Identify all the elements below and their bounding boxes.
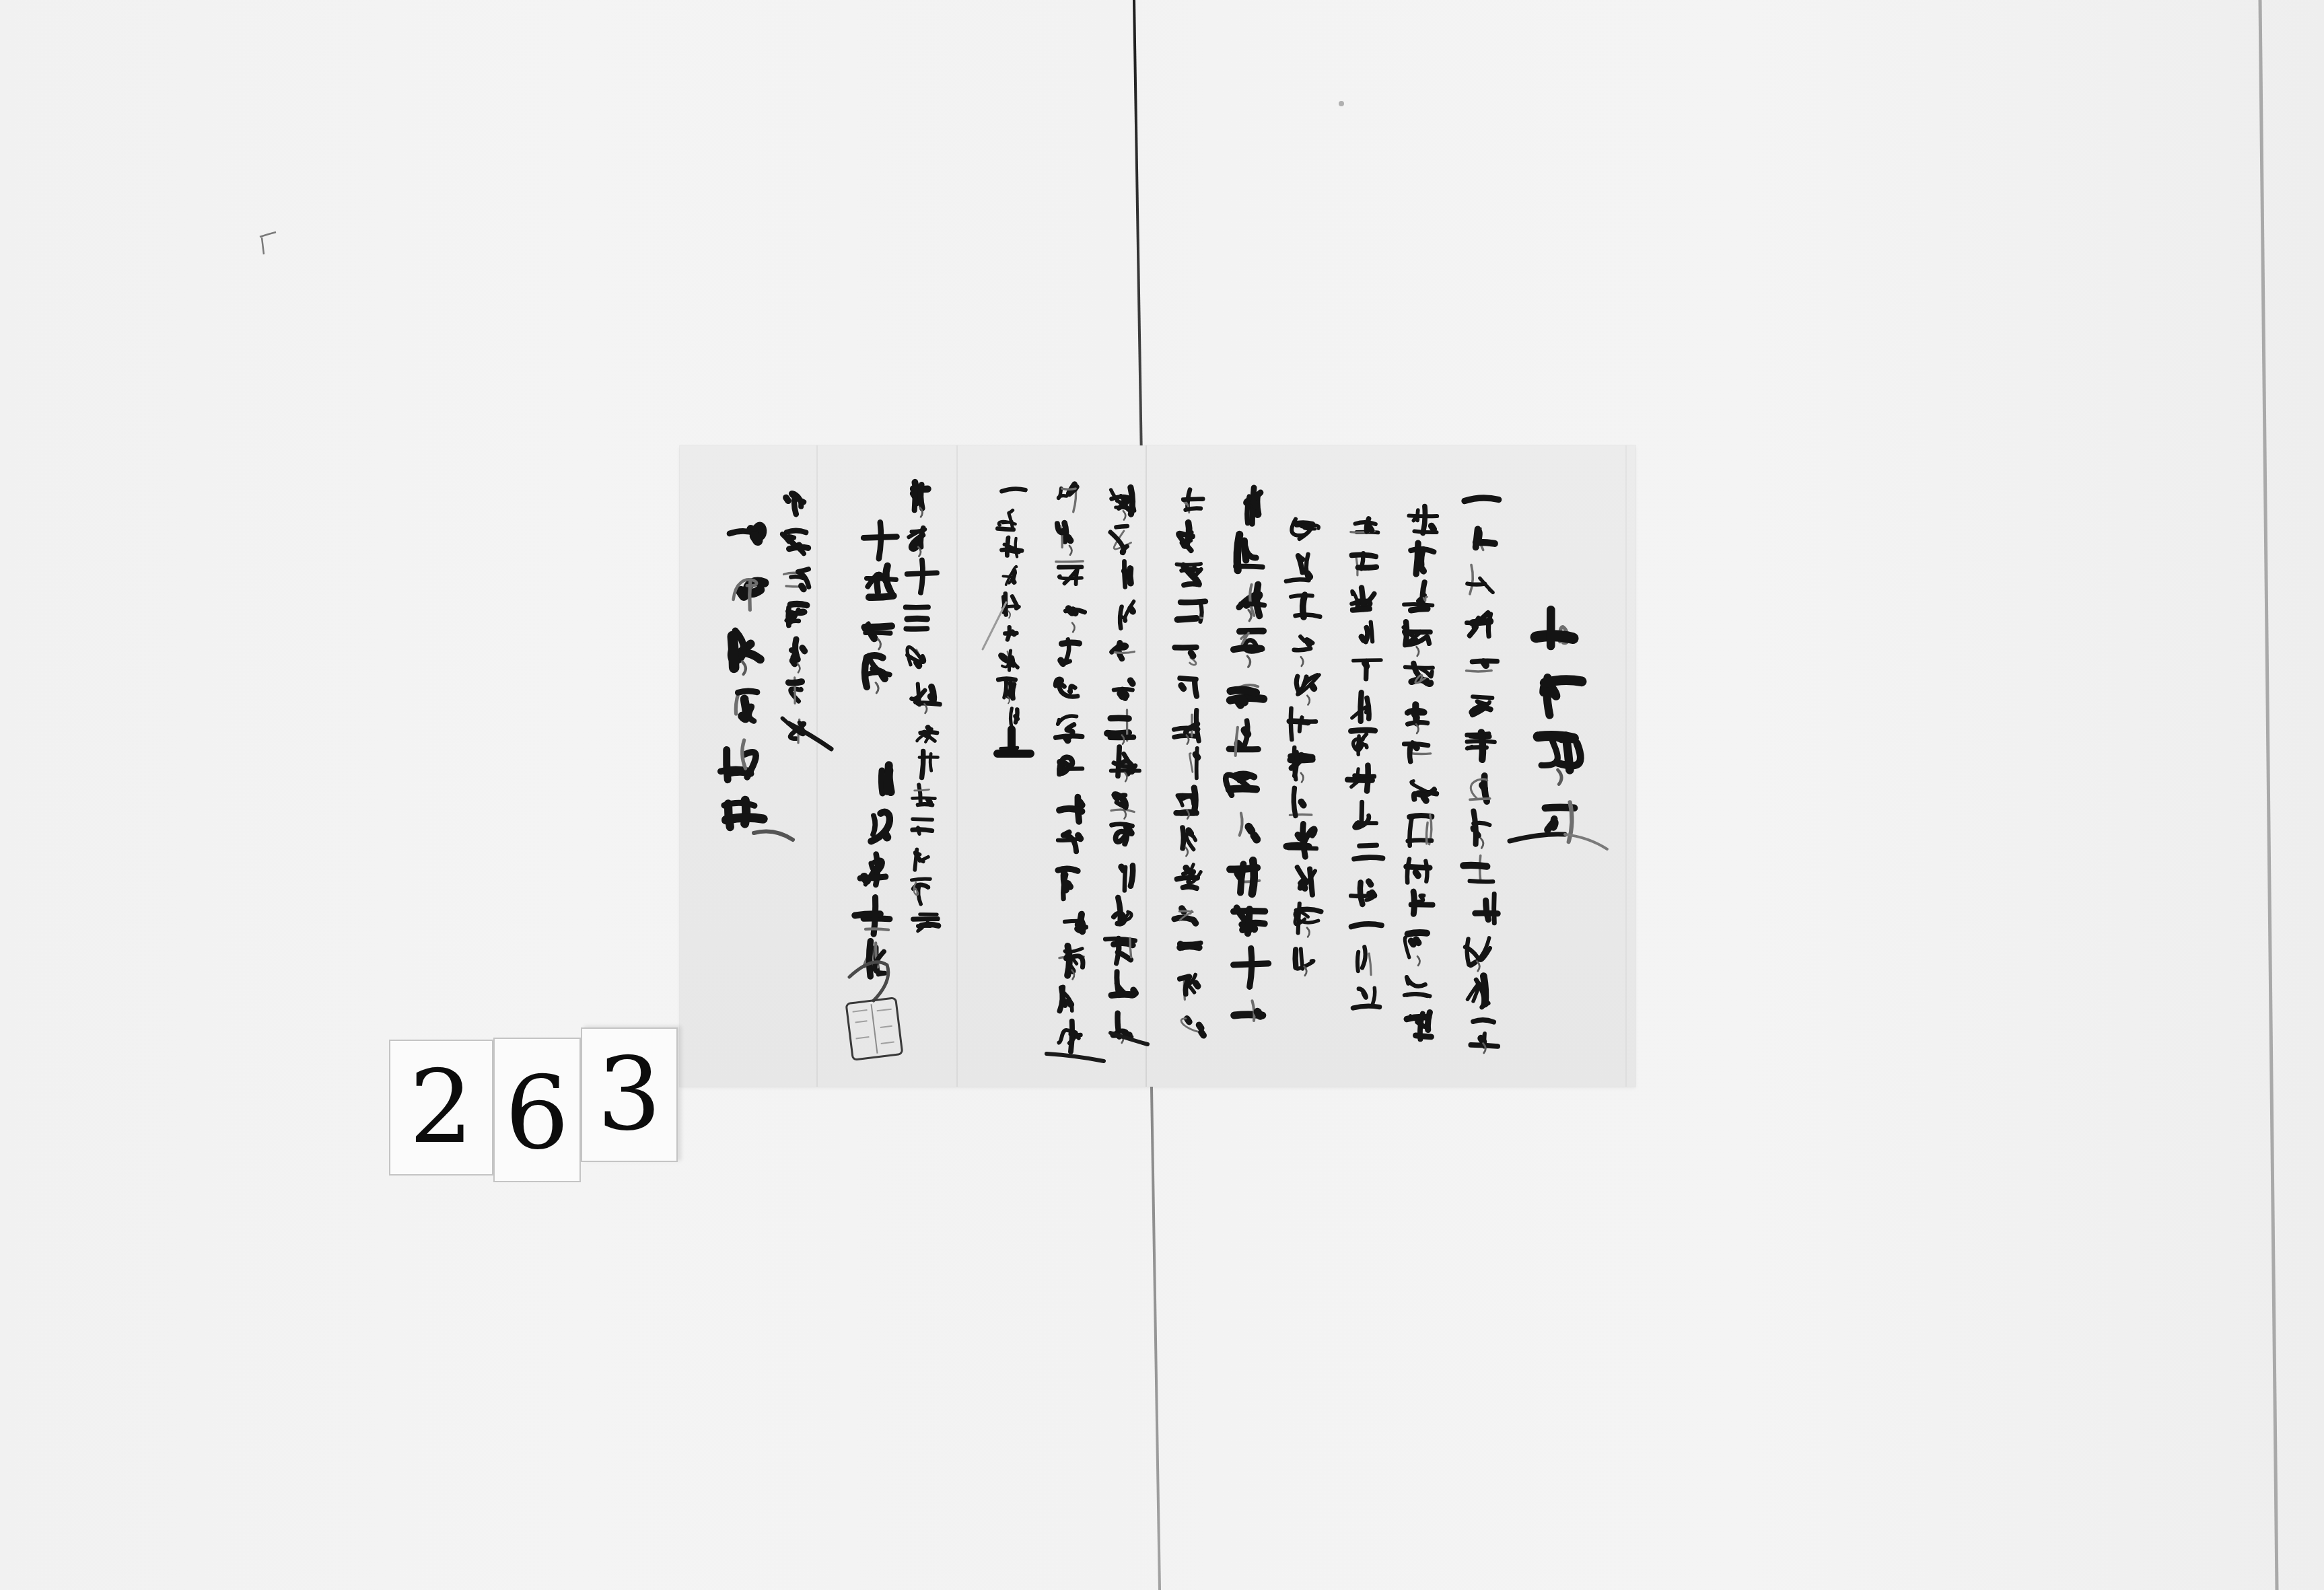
body-line-3: 召抱申候居り之人金二両一ヶ年 [1337, 508, 1391, 1016]
addressee-line-2: □□兵□衛殿 [717, 507, 771, 844]
document-title: 請状之事 [1526, 595, 1586, 849]
body-line-1: 一此者儀先年ゟ□年中奉公仕候 [1452, 479, 1506, 1053]
catalog-digit: 3 [597, 1044, 661, 1145]
body-line-2: 来子年ゟ四ヶ年今月ゟ辰年まて [1393, 501, 1447, 1043]
corner-mark [260, 232, 276, 254]
dust-speck [1339, 101, 1344, 106]
catalog-digit-card: 6 [493, 1038, 581, 1182]
body-line-6: 可申正月ゟ相勤可申候若□□出奔 [1162, 482, 1216, 1043]
paper-fold [1625, 445, 1627, 1087]
body-line-7: 御公儀様御法度者不及申宗門相改 [1097, 482, 1151, 1043]
addressee-line-1: 百人□□預り人 [772, 486, 823, 747]
body-line-8: こゝろし候へ共金子ヲ以急度相済 [1043, 478, 1097, 1056]
catalog-digit: 6 [505, 1063, 569, 1164]
body-line-4: 人金請取申候□□取極申候 [1277, 511, 1331, 976]
scanned-page-spread: 請状之事 一此者儀先年ゟ□年中奉公仕候 来子年ゟ四ヶ年今月ゟ辰年まて 召抱申候居… [0, 0, 2324, 1590]
catalog-digit: 2 [409, 1057, 473, 1158]
catalog-digit-card: 2 [389, 1040, 493, 1176]
catalog-digit-card: 3 [581, 1027, 678, 1162]
signatory-place: 当郷□□寺門下 [900, 717, 947, 939]
signatory-name: 能□七兵衛 [849, 760, 901, 982]
page-edge-line [2260, 0, 2277, 1590]
paper-fold [956, 445, 958, 1087]
body-line-9: 一宗旨之儀者元来以上 [985, 476, 1038, 760]
body-line-5: 相渡申候金子請取候寅十月 [1220, 482, 1274, 1036]
month-day: 十月八日 [853, 518, 904, 693]
